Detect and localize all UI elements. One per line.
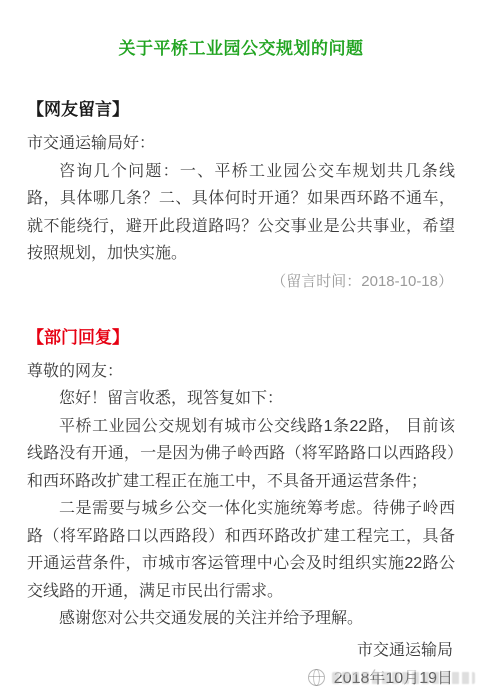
message-timestamp: （留言时间：2018-10-18） <box>27 268 455 296</box>
reply-paragraph: 二是需要与城乡公交一体化实施统筹考虑。待佛子岭西路（将军路路口以西路段）和西环路… <box>27 495 455 605</box>
reply-date: 2018年10月19日 <box>27 665 453 688</box>
page-title: 关于平桥工业园公交规划的问题 <box>27 34 455 59</box>
reply-salutation: 尊敬的网友： <box>27 358 455 386</box>
reply-paragraph: 平桥工业园公交规划有城市公交线路1条22路， 目前该线路没有开通，一是因为佛子岭… <box>27 413 455 496</box>
department-reply-section: 【部门回复】 尊敬的网友： 您好！留言收悉，现答复如下： 平桥工业园公交规划有城… <box>27 323 455 688</box>
message-salutation: 市交通运输局好： <box>27 130 455 158</box>
reply-paragraph: 感谢您对公共交通发展的关注并给予理解。 <box>27 605 455 633</box>
reply-paragraph: 您好！留言收悉，现答复如下： <box>27 385 455 413</box>
reply-signature: 市交通运输局 <box>27 637 453 665</box>
netizen-message-section: 【网友留言】 市交通运输局好： 咨询几个问题：一、平桥工业园公交车规划共几条线路… <box>27 95 455 296</box>
message-body: 咨询几个问题：一、平桥工业园公交车规划共几条线路，具体哪几条？二、具体何时开通？… <box>27 158 455 268</box>
department-reply-header: 【部门回复】 <box>27 323 455 348</box>
netizen-message-header: 【网友留言】 <box>27 95 455 120</box>
document-page: 关于平桥工业园公交规划的问题 【网友留言】 市交通运输局好： 咨询几个问题：一、… <box>0 0 479 688</box>
